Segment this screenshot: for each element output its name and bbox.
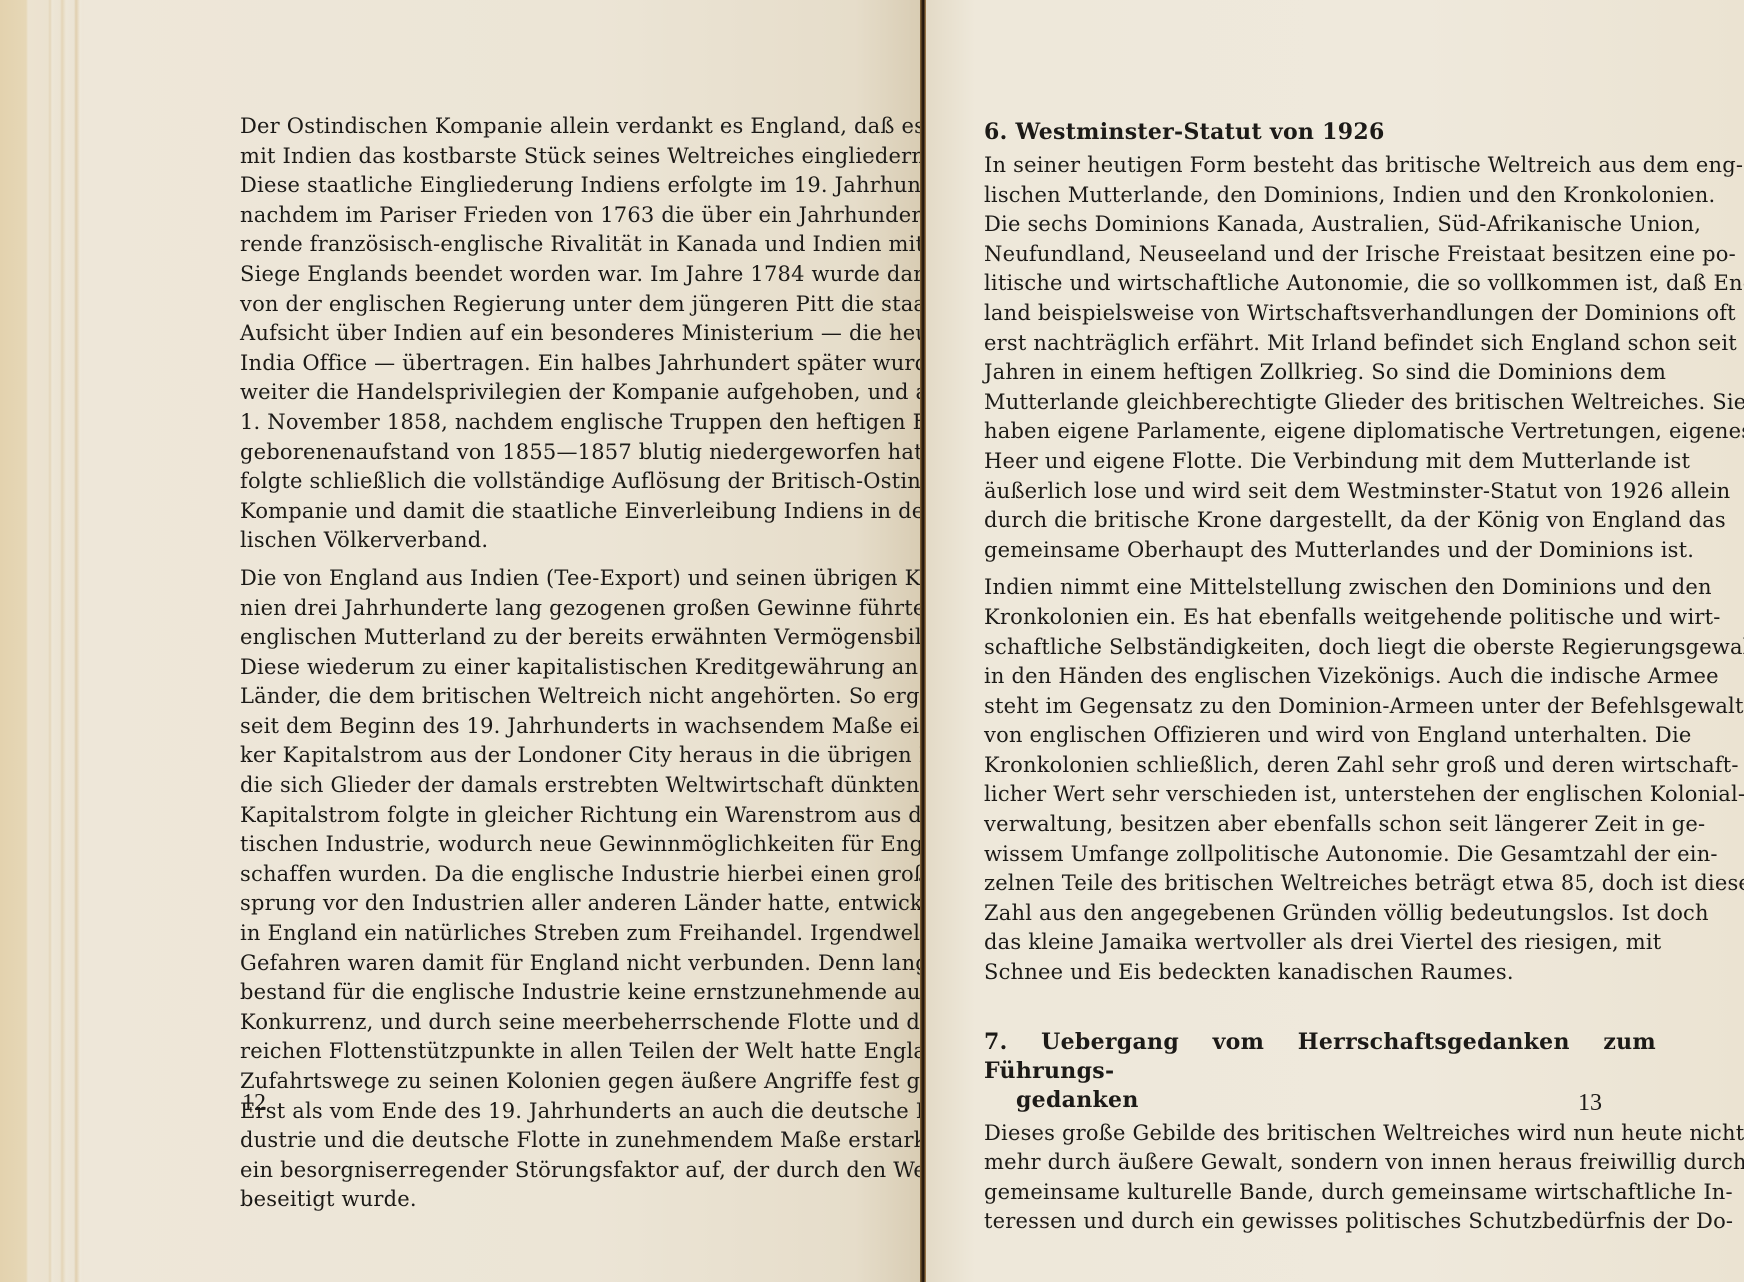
text-line: teressen und durch ein gewisses politisc… bbox=[984, 1207, 1656, 1237]
text-line: Schnee und Eis bedeckten kanadischen Rau… bbox=[984, 958, 1656, 988]
section-heading-text: 7. Uebergang vom Herrschaftsgedanken zum… bbox=[984, 1029, 1656, 1084]
left-page: Der Ostindischen Kompanie allein verdank… bbox=[84, 0, 922, 1282]
section-heading-continuation: gedanken bbox=[984, 1086, 1656, 1115]
text-line: reichen Flottenstützpunkte in allen Teil… bbox=[240, 1037, 912, 1067]
text-line: mehr durch äußere Gewalt, sondern von in… bbox=[984, 1148, 1656, 1178]
text-line: Jahren in einem heftigen Zollkrieg. So s… bbox=[984, 358, 1656, 388]
text-line: Erst als vom Ende des 19. Jahrhunderts a… bbox=[240, 1097, 912, 1127]
text-line: nien drei Jahrhunderte lang gezogenen gr… bbox=[240, 594, 912, 624]
text-line: rende französisch-englische Rivalität in… bbox=[240, 230, 912, 260]
text-line: Die von England aus Indien (Tee-Export) … bbox=[240, 564, 912, 594]
text-line: Neufundland, Neuseeland und der Irische … bbox=[984, 240, 1656, 270]
text-line: Zufahrtswege zu seinen Kolonien gegen äu… bbox=[240, 1067, 912, 1097]
page-number: 12 bbox=[242, 1090, 266, 1117]
text-line: Kapitalstrom folgte in gleicher Richtung… bbox=[240, 801, 912, 831]
right-page-body: 6. Westminster-Statut von 1926 In seiner… bbox=[984, 112, 1656, 1245]
text-line: das kleine Jamaika wertvoller als drei V… bbox=[984, 928, 1656, 958]
paragraph: Indien nimmt eine Mittelstellung zwische… bbox=[984, 573, 1656, 987]
paragraph: Die von England aus Indien (Tee-Export) … bbox=[240, 564, 912, 1215]
section-heading: 6. Westminster-Statut von 1926 bbox=[984, 118, 1656, 147]
paragraph: In seiner heutigen Form besteht das brit… bbox=[984, 151, 1656, 565]
text-line: Die sechs Dominions Kanada, Australien, … bbox=[984, 210, 1656, 240]
text-line: verwaltung, besitzen aber ebenfalls scho… bbox=[984, 810, 1656, 840]
text-line: ker Kapitalstrom aus der Londoner City h… bbox=[240, 741, 912, 771]
text-line: äußerlich lose und wird seit dem Westmin… bbox=[984, 477, 1656, 507]
text-line: gemeinsame kulturelle Bande, durch gemei… bbox=[984, 1178, 1656, 1208]
text-line: weiter die Handelsprivilegien der Kompan… bbox=[240, 378, 912, 408]
text-line: englischen Mutterland zu der bereits erw… bbox=[240, 623, 912, 653]
text-line: wissem Umfange zollpolitische Autonomie.… bbox=[984, 840, 1656, 870]
paragraph: Der Ostindischen Kompanie allein verdank… bbox=[240, 112, 912, 556]
text-line: gemeinsame Oberhaupt des Mutterlandes un… bbox=[984, 536, 1656, 566]
text-line: durch die britische Krone dargestellt, d… bbox=[984, 506, 1656, 536]
text-line: von englischen Offizieren und wird von E… bbox=[984, 721, 1656, 751]
text-line: Mutterlande gleichberechtigte Glieder de… bbox=[984, 388, 1656, 418]
text-line: nachdem im Pariser Frieden von 1763 die … bbox=[240, 201, 912, 231]
text-line: India Office — übertragen. Ein halbes Ja… bbox=[240, 349, 912, 379]
text-line: Heer und eigene Flotte. Die Verbindung m… bbox=[984, 447, 1656, 477]
text-line: schaffen wurden. Da die englische Indust… bbox=[240, 860, 912, 890]
section-heading: 7. Uebergang vom Herrschaftsgedanken zum… bbox=[984, 1028, 1656, 1115]
text-line: In seiner heutigen Form besteht das brit… bbox=[984, 151, 1656, 181]
text-line: in England ein natürliches Streben zum F… bbox=[240, 919, 912, 949]
text-line: sprung vor den Industrien aller anderen … bbox=[240, 889, 912, 919]
page-number: 13 bbox=[1578, 1090, 1602, 1117]
text-line: mit Indien das kostbarste Stück seines W… bbox=[240, 142, 912, 172]
text-line: Aufsicht über Indien auf ein besonderes … bbox=[240, 319, 912, 349]
text-line: dustrie und die deutsche Flotte in zuneh… bbox=[240, 1126, 912, 1156]
text-line: Gefahren waren damit für England nicht v… bbox=[240, 949, 912, 979]
text-line: land beispielsweise von Wirtschaftsverha… bbox=[984, 299, 1656, 329]
text-line: lischen Mutterlande, den Dominions, Indi… bbox=[984, 181, 1656, 211]
text-line: haben eigene Parlamente, eigene diplomat… bbox=[984, 417, 1656, 447]
text-line: Kompanie und damit die staatliche Einver… bbox=[240, 497, 912, 527]
text-line: Kronkolonien schließlich, deren Zahl seh… bbox=[984, 751, 1656, 781]
text-line: bestand für die englische Industrie kein… bbox=[240, 978, 912, 1008]
text-line: Dieses große Gebilde des britischen Welt… bbox=[984, 1119, 1656, 1149]
text-line: Länder, die dem britischen Weltreich nic… bbox=[240, 682, 912, 712]
text-line: Zahl aus den angegebenen Gründen völlig … bbox=[984, 899, 1656, 929]
text-line: licher Wert sehr verschieden ist, unters… bbox=[984, 780, 1656, 810]
text-line: von der englischen Regierung unter dem j… bbox=[240, 290, 912, 320]
text-line: die sich Glieder der damals erstrebten W… bbox=[240, 771, 912, 801]
text-line: 1. November 1858, nachdem englische Trup… bbox=[240, 408, 912, 438]
text-line: beseitigt wurde. bbox=[240, 1185, 912, 1215]
text-line: lischen Völkerverband. bbox=[240, 526, 912, 556]
paragraph: Dieses große Gebilde des britischen Welt… bbox=[984, 1119, 1656, 1237]
text-line: Kronkolonien ein. Es hat ebenfalls weitg… bbox=[984, 603, 1656, 633]
text-line: geborenenaufstand von 1855—1857 blutig n… bbox=[240, 438, 912, 468]
text-line: Diese staatliche Eingliederung Indiens e… bbox=[240, 171, 912, 201]
text-line: zelnen Teile des britischen Weltreiches … bbox=[984, 869, 1656, 899]
text-line: Siege Englands beendet worden war. Im Ja… bbox=[240, 260, 912, 290]
text-line: ein besorgniserregender Störungsfaktor a… bbox=[240, 1156, 912, 1186]
text-line: litische und wirtschaftliche Autonomie, … bbox=[984, 269, 1656, 299]
text-line: steht im Gegensatz zu den Dominion-Armee… bbox=[984, 692, 1656, 722]
page-stack-edges bbox=[0, 0, 88, 1282]
text-line: Der Ostindischen Kompanie allein verdank… bbox=[240, 112, 912, 142]
text-line: erst nachträglich erfährt. Mit Irland be… bbox=[984, 329, 1656, 359]
text-line: tischen Industrie, wodurch neue Gewinnmö… bbox=[240, 830, 912, 860]
right-page: 6. Westminster-Statut von 1926 In seiner… bbox=[926, 0, 1744, 1282]
text-line: Konkurrenz, und durch seine meerbeherrsc… bbox=[240, 1008, 912, 1038]
text-line: folgte schließlich die vollständige Aufl… bbox=[240, 467, 912, 497]
section-heading-text: 6. Westminster-Statut von 1926 bbox=[984, 119, 1385, 145]
text-line: seit dem Beginn des 19. Jahrhunderts in … bbox=[240, 712, 912, 742]
text-line: Diese wiederum zu einer kapitalistischen… bbox=[240, 653, 912, 683]
text-line: schaftliche Selbständigkeiten, doch lieg… bbox=[984, 633, 1656, 663]
text-line: in den Händen des englischen Vizekönigs.… bbox=[984, 662, 1656, 692]
left-page-body: Der Ostindischen Kompanie allein verdank… bbox=[240, 112, 912, 1223]
text-line: Indien nimmt eine Mittelstellung zwische… bbox=[984, 573, 1656, 603]
